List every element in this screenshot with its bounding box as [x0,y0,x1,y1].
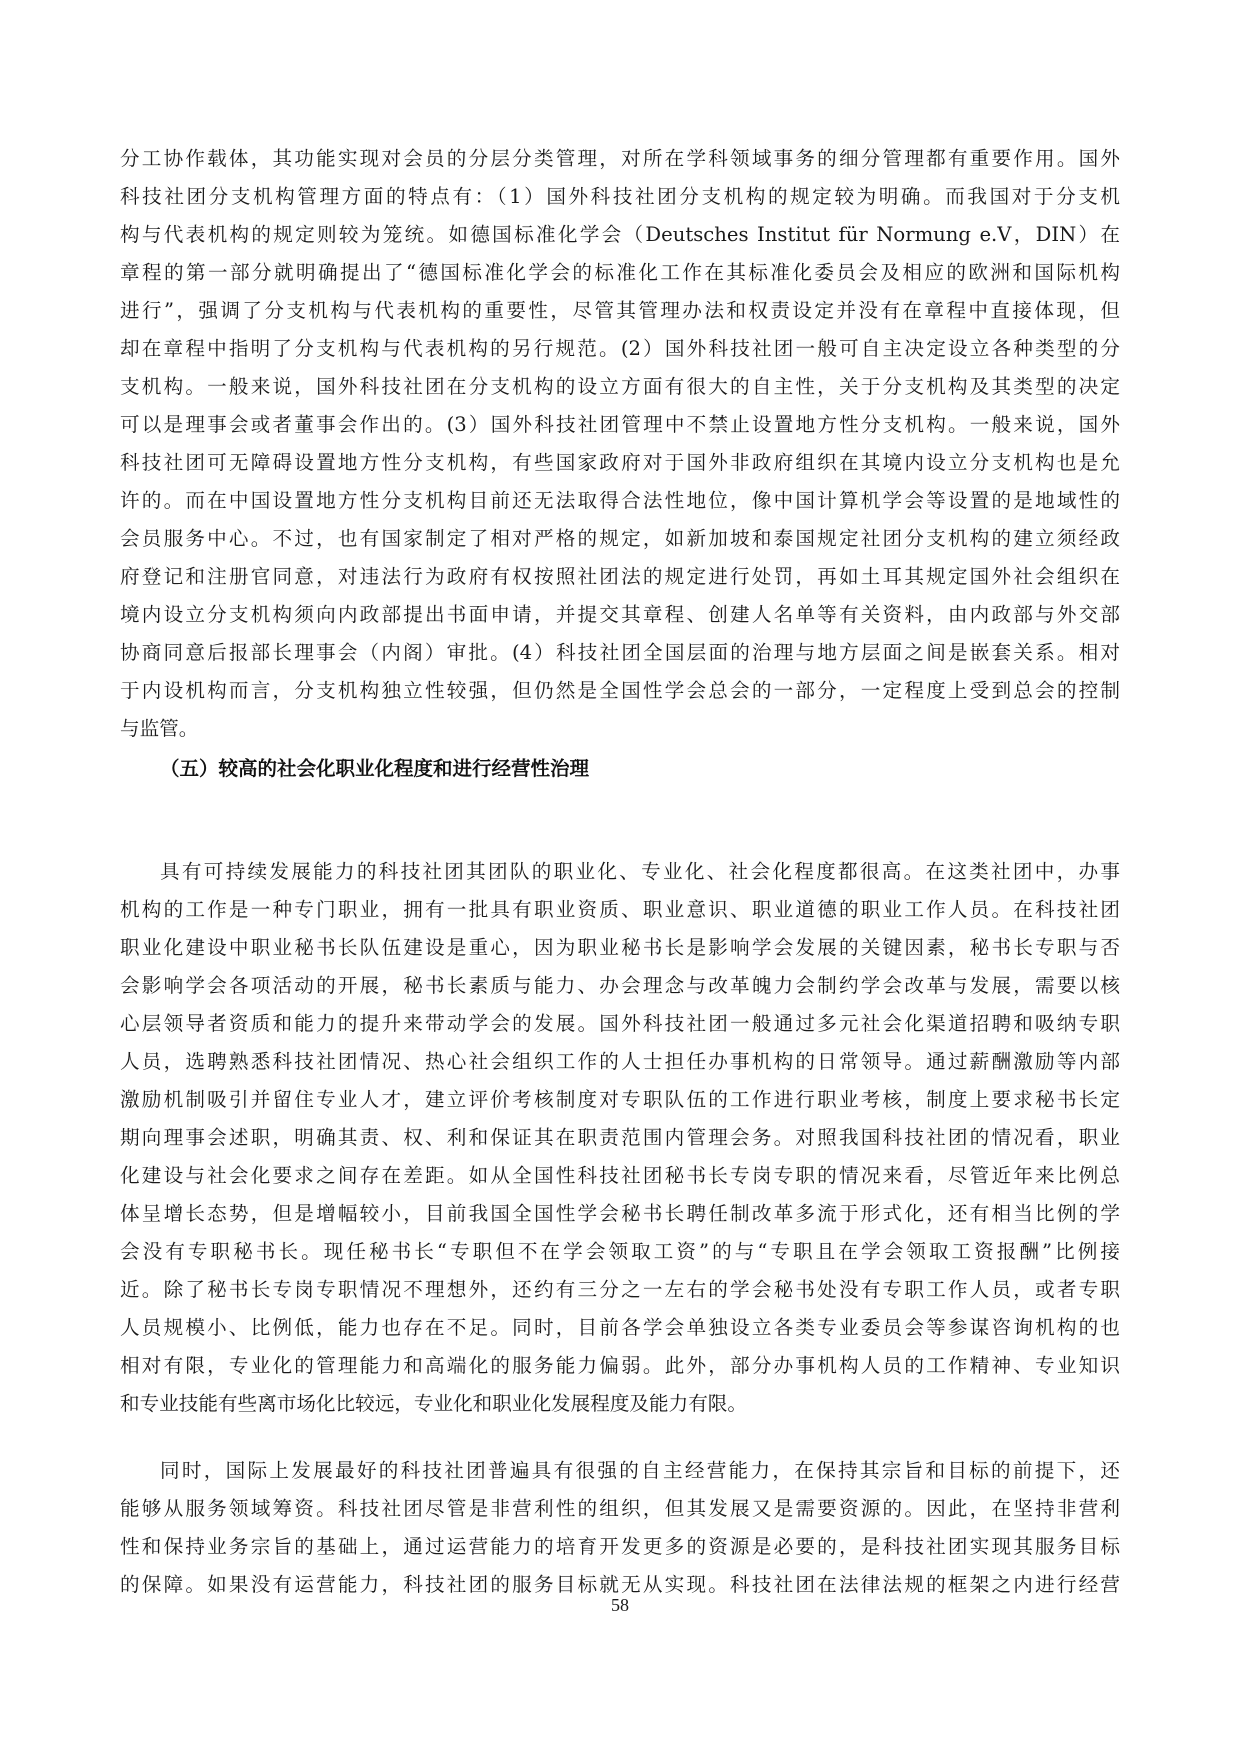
text-line: 会没有专职秘书长。现任秘书长“专职但不在学会领取工资”的与“专职且在学会领取工资… [120,1232,1120,1272]
text-line: 具有可持续发展能力的科技社团其团队的职业化、专业化、社会化程度都很高。在这类社团… [120,852,1120,892]
text-line: 科技社团分支机构管理方面的特点有：（1）国外科技社团分支机构的规定较为明确。而我… [120,177,1120,217]
text-line: 近。除了秘书长专岗专职情况不理想外，还约有三分之一左右的学会秘书处没有专职工作人… [120,1270,1120,1310]
text-line: 相对有限，专业化的管理能力和高端化的服务能力偏弱。此外，部分办事机构人员的工作精… [120,1346,1120,1386]
text-line: 科技社团可无障碍设置地方性分支机构，有些国家政府对于国外非政府组织在其境内设立分… [120,443,1120,483]
text-line: 期向理事会述职，明确其责、权、利和保证其在职责范围内管理会务。对照我国科技社团的… [120,1118,1120,1158]
text-line: 同时，国际上发展最好的科技社团普遍具有很强的自主经营能力，在保持其宗旨和目标的前… [120,1451,1120,1491]
text-line: 能够从服务领域筹资。科技社团尽管是非营利性的组织，但其发展又是需要资源的。因此，… [120,1489,1120,1529]
text-line: 构与代表机构的规定则较为笼统。如德国标准化学会（Deutsches Instit… [120,215,1120,255]
text-line: 会员服务中心。不过，也有国家制定了相对严格的规定，如新加坡和泰国规定社团分支机构… [120,519,1120,559]
text-line: 境内设立分支机构须向内政部提出书面申请，并提交其章程、创建人名单等有关资料，由内… [120,595,1120,635]
text-line: 和专业技能有些离市场化比较远，专业化和职业化发展程度及能力有限。 [120,1384,1120,1424]
text-line: 职业化建设中职业秘书长队伍建设是重心，因为职业秘书长是影响学会发展的关键因素，秘… [120,928,1120,968]
text-line: 激励机制吸引并留住专业人才，建立评价考核制度对专职队伍的工作进行职业考核，制度上… [120,1080,1120,1120]
text-line: 章程的第一部分就明确提出了“德国标准化学会的标准化工作在其标准化委员会及相应的欧… [120,253,1120,293]
text-line: 协商同意后报部长理事会（内阁）审批。(4）科技社团全国层面的治理与地方层面之间是… [120,633,1120,673]
text-line: 进行”，强调了分支机构与代表机构的重要性，尽管其管理办法和权责设定并没有在章程中… [120,291,1120,331]
text-line: 许的。而在中国设置地方性分支机构目前还无法取得合法性地位，像中国计算机学会等设置… [120,481,1120,521]
text-line: 于内设机构而言，分支机构独立性较强，但仍然是全国性学会总会的一部分，一定程度上受… [120,671,1120,711]
text-line: 化建设与社会化要求之间存在差距。如从全国性科技社团秘书长专岗专职的情况来看，尽管… [120,1156,1120,1196]
text-line: 心层领导者资质和能力的提升来带动学会的发展。国外科技社团一般通过多元社会化渠道招… [120,1004,1120,1044]
text-line: 人员规模小、比例低，能力也存在不足。同时，目前各学会单独设立各类专业委员会等参谋… [120,1308,1120,1348]
text-line: 机构的工作是一种专门职业，拥有一批具有职业资质、职业意识、职业道德的职业工作人员… [120,890,1120,930]
text-line: 分工协作载体，其功能实现对会员的分层分类管理，对所在学科领域事务的细分管理都有重… [120,139,1120,179]
text-line: 会影响学会各项活动的开展，秘书长素质与能力、办会理念与改革魄力会制约学会改革与发… [120,966,1120,1006]
text-line: 府登记和注册官同意，对违法行为政府有权按照社团法的规定进行处罚，再如土耳其规定国… [120,557,1120,597]
text-line: 却在章程中指明了分支机构与代表机构的另行规范。(2）国外科技社团一般可自主决定设… [120,329,1120,369]
text-line: 体呈增长态势，但是增幅较小，目前我国全国性学会秘书长聘任制改革多流于形式化，还有… [120,1194,1120,1234]
text-line: 可以是理事会或者董事会作出的。(3）国外科技社团管理中不禁止设置地方性分支机构。… [120,405,1120,445]
text-line: 人员，选聘熟悉科技社团情况、热心社会组织工作的人士担任办事机构的日常领导。通过薪… [120,1042,1120,1082]
page-number: 58 [0,1593,1240,1617]
text-line: 支机构。一般来说，国外科技社团在分支机构的设立方面有很大的自主性，关于分支机构及… [120,367,1120,407]
section-heading: （五）较高的社会化职业化程度和进行经营性治理 [160,749,589,789]
text-line: 性和保持业务宗旨的基础上，通过运营能力的培育开发更多的资源是必要的，是科技社团实… [120,1527,1120,1567]
text-line: 与监管。 [120,709,1120,749]
